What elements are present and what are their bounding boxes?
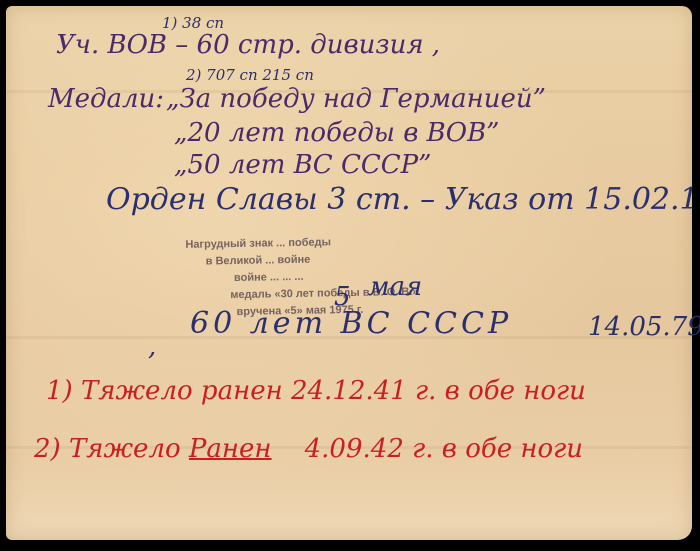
wound-record-1: 1) Тяжело ранен 24.12.41 г. в обе ноги (46, 376, 586, 406)
wound-record-2: 2) Тяжело Ранен 4.09.42 г. в обе ноги (34, 434, 583, 464)
medal-item: „20 лет победы в ВОВ” (174, 118, 499, 148)
archival-card: 1) 38 сп 2) 707 сп 215 сп Уч. ВОВ – 60 с… (6, 6, 692, 540)
medal-item: „За победу над Германией” (166, 84, 546, 114)
vs-line-date: 14.05.79 (588, 312, 700, 342)
stamp-handwritten-month: мая (368, 272, 422, 302)
order-of-glory-line: Орден Славы 3 ст. – Указ от 15.02.1968 г… (106, 182, 700, 217)
wound-record-2-prefix: 2) Тяжело (34, 434, 181, 464)
vs-line-mark: , (148, 332, 156, 362)
medal-item: „50 лет ВС СССР” (174, 150, 431, 180)
medals-label: Медали: (48, 84, 164, 114)
vs-line-text: 60 лет ВС СССР (190, 306, 512, 341)
wound-record-2-rest: 4.09.42 г. в обе ноги (305, 434, 583, 464)
regiment-annotation-2: 2) 707 сп 215 сп (186, 66, 314, 84)
wound-record-2-underlined: Ранен (189, 434, 272, 464)
unit-line: Уч. ВОВ – 60 стр. дивизия , (56, 30, 440, 60)
